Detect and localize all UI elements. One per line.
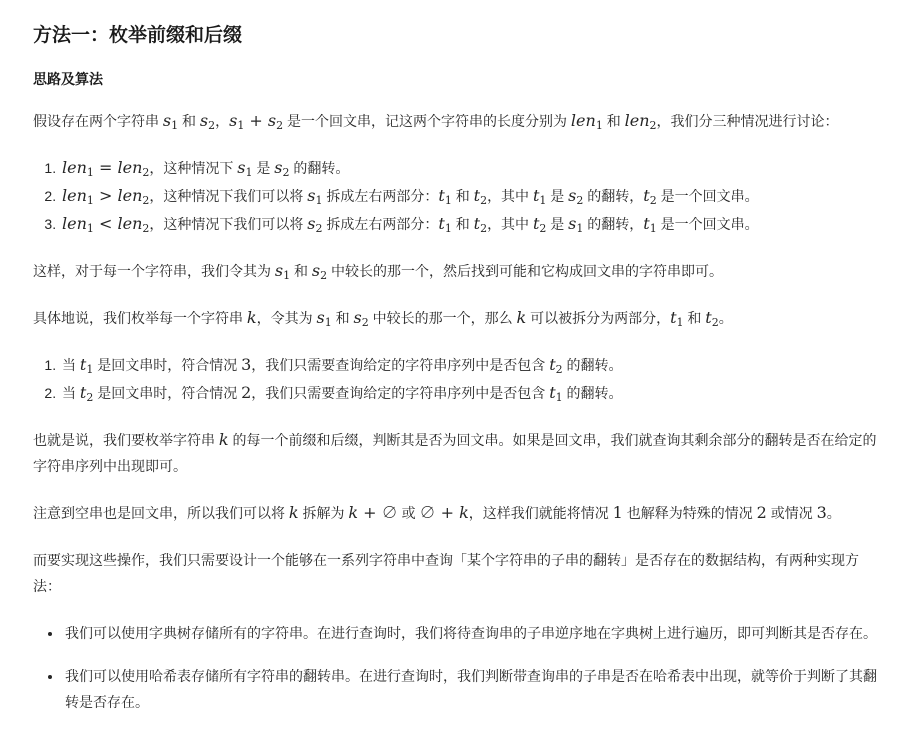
math-inline: 2 bbox=[757, 503, 767, 522]
math-inline: s2 bbox=[353, 308, 368, 327]
math-inline: s1 bbox=[237, 158, 252, 177]
ordered-list: len1 = len2，这种情况下 s1 是 s2 的翻转。len1 > len… bbox=[33, 155, 882, 237]
paragraph: 具体地说，我们枚举每一个字符串 k，令其为 s1 和 s2 中较长的那一个，那么… bbox=[33, 305, 882, 331]
ordered-list: 当 t1 是回文串时，符合情况 3，我们只需要查询给定的字符串序列中是否包含 t… bbox=[33, 352, 882, 406]
math-inline: s2 bbox=[307, 214, 322, 233]
math-inline: len1 bbox=[571, 111, 603, 130]
math-inline: t1 bbox=[438, 214, 451, 233]
method-title: 方法一：枚举前缀和后缀 bbox=[33, 24, 882, 48]
paragraph: 注意到空串也是回文串，所以我们可以将 k 拆解为 k + ∅ 或 ∅ + k，这… bbox=[33, 500, 882, 526]
math-inline: t1 bbox=[643, 214, 656, 233]
math-inline: t2 bbox=[474, 214, 487, 233]
math-inline: k bbox=[247, 308, 257, 327]
solution-article: 方法一：枚举前缀和后缀 思路及算法 假设存在两个字符串 s1 和 s2，s1 +… bbox=[0, 0, 914, 746]
math-inline: t2 bbox=[533, 214, 546, 233]
math-inline: t2 bbox=[549, 355, 562, 374]
math-inline: k bbox=[289, 503, 299, 522]
math-inline: len2 bbox=[625, 111, 657, 130]
math-inline: k + ∅ bbox=[348, 503, 397, 522]
list-item: len1 < len2，这种情况下我们可以将 s2 拆成左右两部分：t1 和 t… bbox=[60, 211, 882, 237]
paragraph: 也就是说，我们要枚举字符串 k 的每一个前缀和后缀，判断其是否为回文串。如果是回… bbox=[33, 427, 882, 479]
math-inline: 1 bbox=[613, 503, 623, 522]
bullet-list: 我们可以使用字典树存储所有的字符串。在进行查询时，我们将待查询串的子串逆序地在字… bbox=[33, 620, 882, 715]
math-inline: 3 bbox=[817, 503, 827, 522]
math-inline: s1 bbox=[163, 111, 178, 130]
math-inline: len1 = len2 bbox=[62, 158, 149, 177]
math-inline: s2 bbox=[274, 158, 289, 177]
list-item: 当 t1 是回文串时，符合情况 3，我们只需要查询给定的字符串序列中是否包含 t… bbox=[60, 352, 882, 378]
math-inline: len1 > len2 bbox=[62, 186, 149, 205]
math-inline: len1 < len2 bbox=[62, 214, 149, 233]
math-inline: s2 bbox=[200, 111, 215, 130]
math-inline: t1 bbox=[549, 383, 562, 402]
section-subtitle: 思路及算法 bbox=[33, 70, 882, 88]
article-body: 假设存在两个字符串 s1 和 s2，s1 + s2 是一个回文串，记这两个字符串… bbox=[33, 108, 882, 715]
math-inline: 2 bbox=[241, 383, 251, 402]
math-inline: k bbox=[219, 430, 229, 449]
math-inline: t1 bbox=[80, 355, 93, 374]
list-item: len1 = len2，这种情况下 s1 是 s2 的翻转。 bbox=[60, 155, 882, 181]
math-inline: s1 bbox=[316, 308, 331, 327]
math-inline: s2 bbox=[568, 186, 583, 205]
math-inline: s1 bbox=[307, 186, 322, 205]
math-inline: t1 bbox=[438, 186, 451, 205]
math-inline: t1 bbox=[670, 308, 683, 327]
math-inline: s2 bbox=[312, 261, 327, 280]
math-inline: t1 bbox=[533, 186, 546, 205]
math-inline: 3 bbox=[241, 355, 251, 374]
math-inline: s1 + s2 bbox=[229, 111, 283, 130]
paragraph: 假设存在两个字符串 s1 和 s2，s1 + s2 是一个回文串，记这两个字符串… bbox=[33, 108, 882, 134]
paragraph: 这样，对于每一个字符串，我们令其为 s1 和 s2 中较长的那一个，然后找到可能… bbox=[33, 258, 882, 284]
list-item: 当 t2 是回文串时，符合情况 2，我们只需要查询给定的字符串序列中是否包含 t… bbox=[60, 380, 882, 406]
list-item: len1 > len2，这种情况下我们可以将 s1 拆成左右两部分：t1 和 t… bbox=[60, 183, 882, 209]
math-inline: t2 bbox=[80, 383, 93, 402]
solution-page: 方法一：枚举前缀和后缀 思路及算法 假设存在两个字符串 s1 和 s2，s1 +… bbox=[0, 0, 914, 746]
math-inline: t2 bbox=[474, 186, 487, 205]
paragraph: 而要实现这些操作，我们只需要设计一个能够在一系列字符串中查询「某个字符串的子串的… bbox=[33, 547, 882, 599]
math-inline: t2 bbox=[705, 308, 718, 327]
list-item: 我们可以使用哈希表存储所有字符串的翻转串。在进行查询时，我们判断带查询串的子串是… bbox=[63, 663, 882, 715]
math-inline: s1 bbox=[568, 214, 583, 233]
list-item: 我们可以使用字典树存储所有的字符串。在进行查询时，我们将待查询串的子串逆序地在字… bbox=[63, 620, 882, 646]
math-inline: k bbox=[516, 308, 526, 327]
math-inline: t2 bbox=[643, 186, 656, 205]
math-inline: s1 bbox=[275, 261, 290, 280]
math-inline: ∅ + k bbox=[419, 503, 468, 522]
